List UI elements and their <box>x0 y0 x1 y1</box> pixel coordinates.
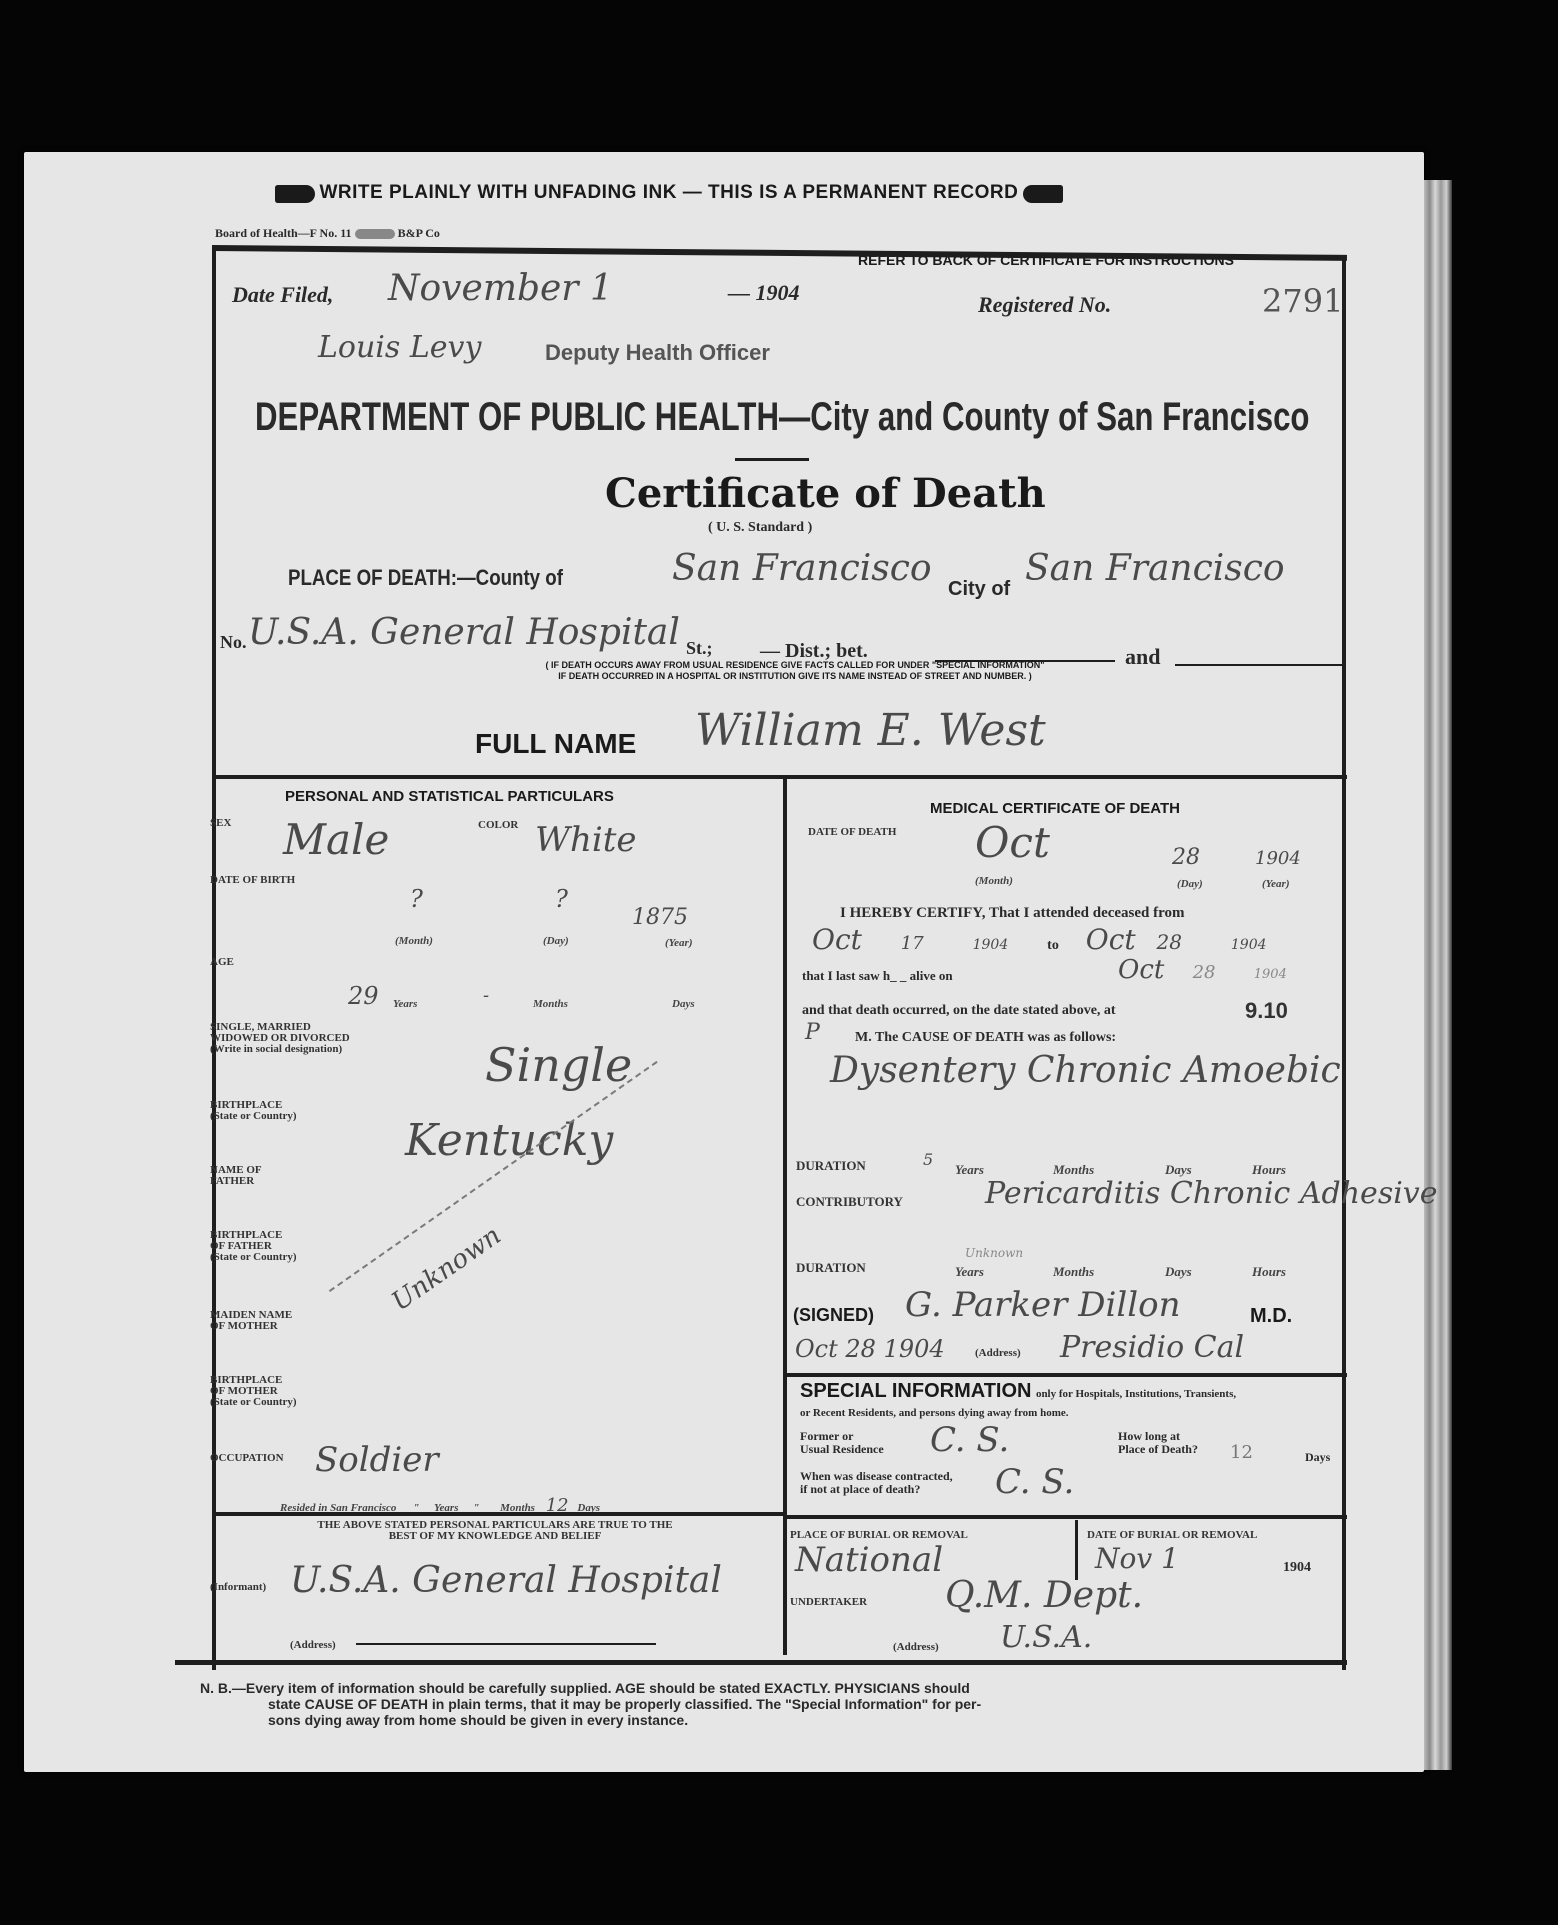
street-label: St.; <box>686 638 713 659</box>
personal-heading: PERSONAL AND STATISTICAL PARTICULARS <box>285 788 614 805</box>
pointing-hand-icon <box>275 185 315 203</box>
contributory-duration-label: DURATION <box>796 1262 866 1273</box>
date-filed-label: Date Filed, <box>232 282 333 308</box>
birthplace-label: BIRTHPLACE(State or Country) <box>210 1100 297 1122</box>
signed-date: Oct 28 1904 <box>795 1335 945 1363</box>
how-long-value: 12 <box>1230 1442 1253 1463</box>
informant-statement: THE ABOVE STATED PERSONAL PARTICULARS AR… <box>210 1520 780 1542</box>
former-residence-value: C. S. <box>930 1420 1009 1460</box>
cause-label: M. The CAUSE OF DEATH was as follows: <box>855 1030 1116 1046</box>
column-divider <box>783 775 787 1655</box>
warning-header: WRITE PLAINLY WITH UNFADING INK — THIS I… <box>275 182 1335 204</box>
street-value: U.S.A. General Hospital <box>248 612 680 653</box>
frame-bottom <box>175 1660 1347 1665</box>
burial-divider <box>1075 1520 1078 1580</box>
informant-value: U.S.A. General Hospital <box>290 1560 722 1601</box>
duration-years: 5 <box>923 1150 933 1169</box>
occurred-text: and that death occurred, on the date sta… <box>802 1003 1116 1019</box>
officer-title: Deputy Health Officer <box>545 340 770 366</box>
contracted-label: When was disease contracted,if not at pl… <box>800 1470 953 1496</box>
us-standard: ( U. S. Standard ) <box>708 520 812 536</box>
pointing-hand-icon <box>1023 185 1063 203</box>
dod-day: 28 <box>1172 845 1200 870</box>
day-label: (Day) <box>543 935 569 947</box>
month-label: (Month) <box>395 935 433 947</box>
last-saw-date: Oct 28 1904 <box>1118 955 1287 985</box>
signed-label: (SIGNED) <box>793 1305 874 1326</box>
dod-month-label: (Month) <box>975 875 1013 887</box>
md-label: M.D. <box>1250 1305 1292 1328</box>
undertaker-address: U.S.A. <box>1000 1620 1092 1655</box>
contributory-label: CONTRIBUTORY <box>796 1196 903 1207</box>
seal-icon <box>355 229 395 239</box>
dod-label: DATE OF DEATH <box>808 827 896 838</box>
department-title: DEPARTMENT OF PUBLIC HEALTH—City and Cou… <box>255 395 1347 440</box>
contrib-months-label: Months <box>1053 1264 1094 1280</box>
registered-label: Registered No. <box>978 292 1111 318</box>
burial-date-label: DATE of BURIAL or REMOVAL <box>1087 1530 1257 1541</box>
marital-label: SINGLE, MARRIEDWIDOWED OR DIVORCED(Write… <box>210 1022 350 1055</box>
age-years-label: Years <box>393 998 417 1010</box>
dod-year: 1904 <box>1255 848 1301 869</box>
officer-signature: Louis Levy <box>318 330 481 365</box>
contrib-years-label: Years <box>955 1264 984 1280</box>
contributory-duration: Unknown <box>965 1246 1023 1260</box>
attended-dates: Oct 17 1904 to Oct 28 1904 <box>812 923 1267 956</box>
number-label: No. <box>220 632 247 653</box>
am-pm-value: P <box>805 1020 820 1045</box>
informant-address-line <box>356 1643 656 1645</box>
age-days-label: Days <box>672 998 695 1010</box>
informant-address-label: (Address) <box>290 1640 336 1651</box>
physician-signature: G. Parker Dillon <box>905 1285 1180 1325</box>
city-value: San Francisco <box>1025 548 1285 589</box>
physician-address: Presidio Cal <box>1060 1330 1244 1365</box>
dod-day-label: (Day) <box>1177 878 1203 890</box>
age-label: AGE <box>210 957 234 968</box>
contributory-value: Pericarditis Chronic Adhesive <box>985 1175 1345 1213</box>
dob-label: DATE OF BIRTH <box>210 875 295 886</box>
form-id: Board of Health—F No. 11 B&P Co <box>215 226 440 241</box>
warning-text: WRITE PLAINLY WITH UNFADING INK — THIS I… <box>319 182 1018 203</box>
occupation-label: OCCUPATION <box>210 1453 284 1464</box>
duration-label: DURATION <box>796 1160 866 1171</box>
certificate-title: Certificate of Death <box>605 470 1046 517</box>
medical-heading: MEDICAL CERTIFICATE OF DEATH <box>930 800 1180 817</box>
duration-years-label: Years <box>955 1162 984 1178</box>
age-months: - <box>483 985 489 1006</box>
last-saw-text: that I last saw h_ _ alive on <box>802 968 953 984</box>
color-label: COLOR <box>478 820 518 831</box>
father-name-label: NAME OFFATHER <box>210 1165 262 1187</box>
burial-date-value: Nov 1 <box>1095 1542 1179 1575</box>
undertaker-value: Q.M. Dept. <box>945 1575 1143 1616</box>
burial-year: 1904 <box>1283 1560 1311 1576</box>
contracted-value: C. S. <box>995 1462 1074 1502</box>
contrib-days-label: Days <box>1165 1264 1192 1280</box>
physician-address-label: (Address) <box>975 1348 1021 1359</box>
informant-label: (Informant) <box>210 1582 266 1593</box>
dod-year-label: (Year) <box>1262 878 1290 890</box>
special-rule <box>785 1373 1347 1377</box>
place-note: ( IF DEATH OCCURS AWAY FROM USUAL RESIDE… <box>355 660 1235 682</box>
section-rule <box>212 775 1347 779</box>
year-label: (Year) <box>665 937 693 949</box>
date-filed-year: — 1904 <box>728 280 800 306</box>
undertaker-label: UNDERTAKER <box>790 1597 867 1608</box>
age-years: 29 <box>348 982 379 1010</box>
informant-rule <box>212 1512 784 1516</box>
dob-day: ? <box>555 885 568 913</box>
full-name-value: William E. West <box>695 705 1046 756</box>
full-name-label: FULL NAME <box>475 728 636 760</box>
contrib-hours-label: Hours <box>1252 1264 1286 1280</box>
place-of-death-label: PLACE OF DEATH:—County of <box>288 565 563 591</box>
how-long-unit: Days <box>1305 1450 1330 1465</box>
former-residence-label: Former orUsual Residence <box>800 1430 884 1456</box>
sex-label: SEX <box>210 818 231 829</box>
occupation-value: Soldier <box>315 1440 439 1480</box>
dob-year: 1875 <box>632 905 688 930</box>
age-months-label: Months <box>533 998 568 1010</box>
marital-value: Single <box>485 1038 632 1092</box>
father-birthplace-label: BIRTHPLACEOF FATHER(State or Country) <box>210 1230 297 1263</box>
undertaker-address-label: (Address) <box>893 1642 939 1653</box>
burial-rule <box>785 1515 1347 1519</box>
title-divider <box>735 458 809 461</box>
registered-number: 2791 <box>1262 282 1343 320</box>
dod-month: Oct <box>975 818 1050 867</box>
mother-birthplace-label: BIRTHPLACEOF MOTHER(State or Country) <box>210 1375 297 1408</box>
special-heading: SPECIAL INFORMATION only for Hospitals, … <box>800 1380 1345 1421</box>
city-label: City of <box>948 578 1010 601</box>
mother-name-label: MAIDEN NAMEOF MOTHER <box>210 1310 292 1332</box>
cause-of-death: Dysentery Chronic Amoebic <box>830 1050 1341 1091</box>
date-filed-value: November 1 <box>388 268 613 309</box>
page-edge <box>1424 180 1452 1770</box>
time-of-death: 9.10 <box>1245 998 1288 1024</box>
nb-footer: N. B.—Every item of information should b… <box>200 1680 1260 1728</box>
birthplace-value: Kentucky <box>405 1115 613 1166</box>
certify-text: I HEREBY CERTIFY, That I attended deceas… <box>840 905 1185 922</box>
burial-place-value: National <box>795 1540 943 1580</box>
how-long-label: How long atPlace of Death? <box>1118 1430 1198 1456</box>
frame-right <box>1342 260 1346 1670</box>
sex-value: Male <box>283 815 389 864</box>
county-value: San Francisco <box>672 548 932 589</box>
dob-month: ? <box>410 885 423 913</box>
color-value: White <box>535 820 637 860</box>
